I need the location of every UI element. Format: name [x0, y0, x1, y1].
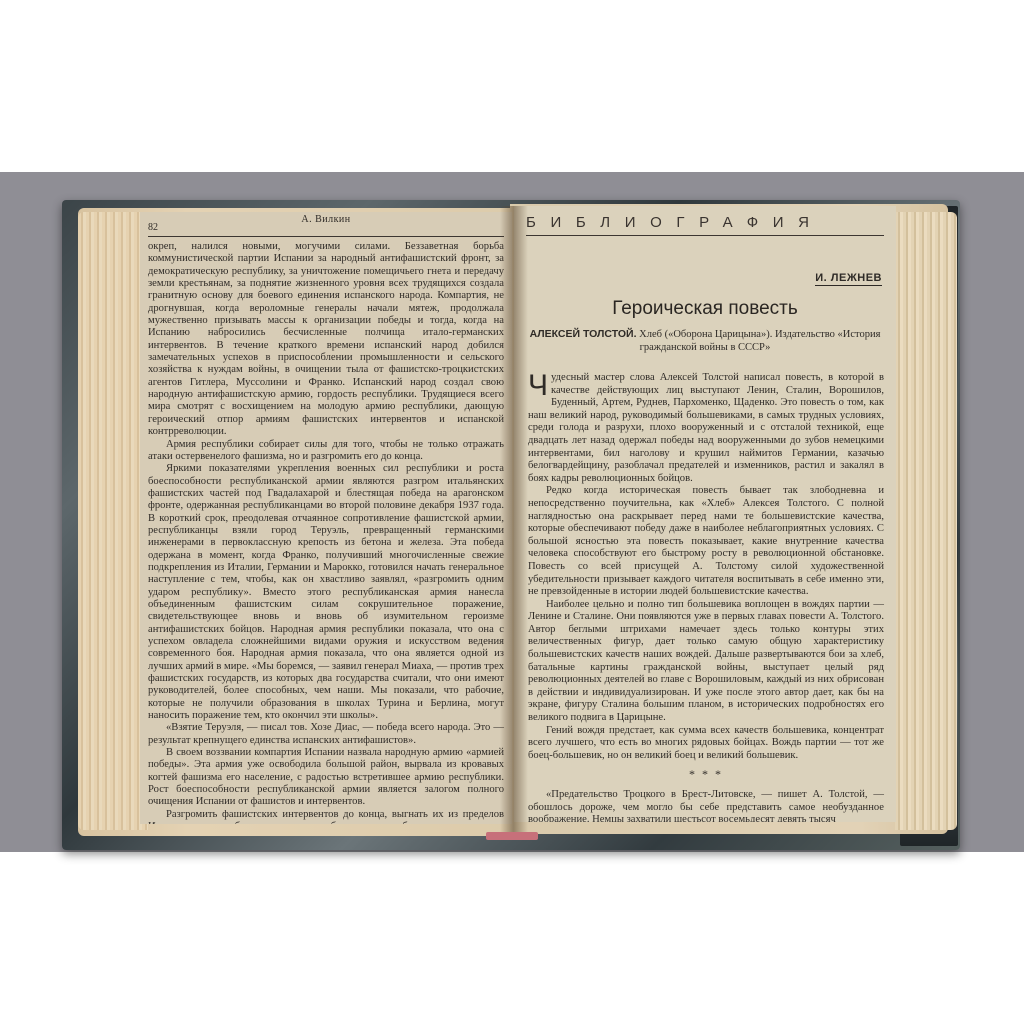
paragraph: Гений вождя предстает, как сумма всех ка… — [528, 725, 884, 763]
drop-cap: Ч — [528, 374, 548, 398]
section-running-header: БИБЛИОГРАФИЯ — [526, 214, 884, 236]
section-separator: * * * — [528, 768, 884, 781]
spine-headband — [486, 832, 538, 840]
bibliographic-entry: АЛЕКСЕЙ ТОЛСТОЙ. Хлеб («Оборона Царицына… — [528, 328, 882, 354]
book-author: АЛЕКСЕЙ ТОЛСТОЙ. — [530, 328, 637, 340]
paragraph: Редко когда историческая повесть бывает … — [528, 485, 884, 598]
first-paragraph: Чудесный мастер слова Алексей Толстой на… — [528, 372, 884, 485]
paragraph: Наиболее цельно и полно тип большевика в… — [528, 599, 884, 725]
paragraph: «Взятие Теруэля, — писал тов. Хозе Диас,… — [148, 722, 504, 747]
article-title: Героическая повесть — [514, 298, 896, 320]
paragraph: Яркими показателями укрепления военных с… — [148, 463, 504, 722]
book-spine-gutter — [500, 206, 528, 836]
paragraph: Разгромить фашистских интервентов до кон… — [148, 809, 504, 824]
right-page: БИБЛИОГРАФИЯ И. ЛЕЖНЕВ Героическая повес… — [514, 206, 896, 822]
paragraph: Армия республики собирает силы для того,… — [148, 439, 504, 464]
left-page-body: окреп, налился новыми, могучими силами. … — [140, 241, 512, 824]
byline-author: И. ЛЕЖНЕВ — [815, 272, 882, 286]
left-running-header: 82 А. Вилкин — [148, 212, 504, 237]
running-head-author: А. Вилкин — [148, 214, 504, 225]
page-edges-left — [78, 212, 148, 830]
right-page-body: Чудесный мастер слова Алексей Толстой на… — [528, 372, 884, 822]
paragraph: окреп, налился новыми, могучими силами. … — [148, 241, 504, 439]
photo-backdrop-top — [0, 0, 1024, 172]
article-byline: И. ЛЕЖНЕВ — [514, 272, 882, 284]
book-details: Хлеб («Оборона Царицына»). Издательство … — [639, 329, 880, 353]
page-edges-right — [895, 212, 957, 830]
quote-paragraph: «Предательство Троцкого в Брест-Литовске… — [528, 789, 884, 822]
paragraph: В своем воззвании компартия Испании назв… — [148, 747, 504, 809]
left-page: 82 А. Вилкин окреп, налился новыми, могу… — [140, 212, 512, 824]
first-paragraph-text: удесный мастер слова Алексей Толстой нап… — [528, 372, 884, 484]
photo-backdrop-bottom — [0, 852, 1024, 1024]
